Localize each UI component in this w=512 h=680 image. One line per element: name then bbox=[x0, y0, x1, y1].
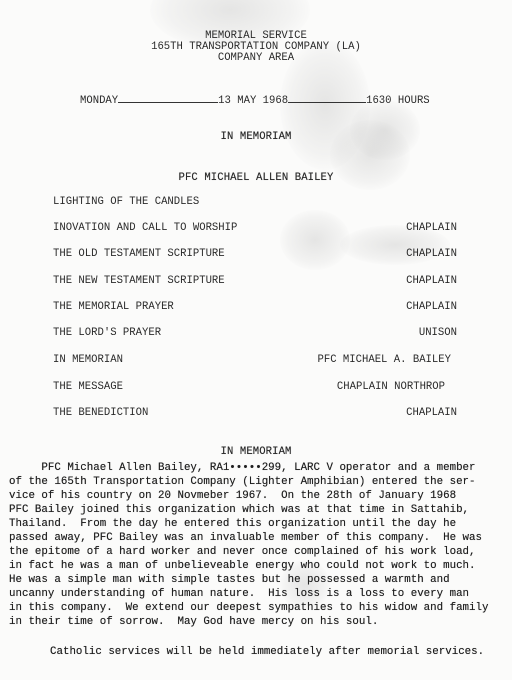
program-item: THE MESSAGE CHAPLAIN NORTHROP bbox=[53, 381, 457, 393]
program-item-title: THE NEW TESTAMENT SCRIPTURE bbox=[53, 275, 225, 287]
program-item-title: INOVATION AND CALL TO WORSHIP bbox=[53, 222, 237, 234]
tribute-heading: IN MEMORIAM bbox=[0, 446, 512, 458]
program-item-title: THE MESSAGE bbox=[53, 381, 123, 393]
program-item: THE OLD TESTAMENT SCRIPTURE CHAPLAIN bbox=[53, 248, 457, 260]
tribute-line: in their time of sorrow. May God have me… bbox=[9, 615, 489, 629]
tribute-line: vice of his country on 20 Novmeber 1967.… bbox=[9, 489, 489, 503]
program-item-officiant: CHAPLAIN bbox=[406, 275, 457, 287]
program-item: THE BENEDICTION CHAPLAIN bbox=[53, 407, 457, 419]
program-item-officiant: CHAPLAIN bbox=[406, 301, 457, 313]
tribute-line: He was a simple man with simple tastes b… bbox=[9, 573, 489, 587]
program-item-officiant: CHAPLAIN bbox=[406, 222, 457, 234]
schedule-day: MONDAY bbox=[80, 95, 118, 107]
program-item-officiant: CHAPLAIN bbox=[406, 248, 457, 260]
schedule-time: 1630 HOURS bbox=[366, 95, 430, 107]
program-item: THE MEMORIAL PRAYER CHAPLAIN bbox=[53, 301, 457, 313]
program-item-officiant: UNISON bbox=[419, 327, 457, 339]
tribute-line: the epitome of a hard worker and never o… bbox=[9, 545, 489, 559]
tribute-line: of the 165th Transportation Company (Lig… bbox=[9, 475, 489, 489]
tribute-line: uncanny understanding of human nature. H… bbox=[9, 587, 489, 601]
program-item-officiant: CHAPLAIN NORTHROP bbox=[337, 381, 457, 393]
tribute-line: passed away, PFC Bailey was an invaluabl… bbox=[9, 531, 489, 545]
header-location: COMPANY AREA bbox=[0, 52, 512, 64]
underline-rule bbox=[288, 92, 366, 103]
honoree-name: PFC MICHAEL ALLEN BAILEY bbox=[0, 172, 512, 184]
paper-stain bbox=[280, 210, 350, 270]
tribute-line: in fact he was a man of unbelieveable en… bbox=[9, 559, 489, 573]
tribute-line: PFC Michael Allen Bailey, RA1•••••299, L… bbox=[9, 461, 489, 475]
in-memoriam-heading: IN MEMORIAM bbox=[0, 131, 512, 143]
closing-note: Catholic services will be held immediate… bbox=[50, 645, 512, 659]
program-item-title: LIGHTING OF THE CANDLES bbox=[53, 196, 199, 208]
program-item-title: THE LORD'S PRAYER bbox=[53, 327, 161, 339]
program-item-title: IN MEMORIAN bbox=[53, 354, 123, 366]
program-item: THE NEW TESTAMENT SCRIPTURE CHAPLAIN bbox=[53, 275, 457, 287]
program-item: THE LORD'S PRAYER UNISON bbox=[53, 327, 457, 339]
program-item-title: THE OLD TESTAMENT SCRIPTURE bbox=[53, 248, 225, 260]
program-item: IN MEMORIAN PFC MICHAEL A. BAILEY bbox=[53, 354, 457, 366]
tribute-line: PFC Bailey joined this organization whic… bbox=[9, 503, 489, 517]
underline-rule bbox=[118, 92, 218, 103]
tribute-line: Thailand. From the day he entered this o… bbox=[9, 517, 489, 531]
program-item-title: THE BENEDICTION bbox=[53, 407, 148, 419]
schedule-row: MONDAY 13 MAY 1968 1630 HOURS bbox=[80, 92, 430, 107]
schedule-date: 13 MAY 1968 bbox=[218, 95, 288, 107]
program-item-officiant: CHAPLAIN bbox=[406, 407, 457, 419]
program-item-officiant: PFC MICHAEL A. BAILEY bbox=[317, 354, 457, 366]
program-item: LIGHTING OF THE CANDLES bbox=[53, 196, 457, 208]
tribute-line: in this company. We extend our deepest s… bbox=[9, 601, 489, 615]
paper-stain bbox=[350, 100, 420, 160]
program-item-title: THE MEMORIAL PRAYER bbox=[53, 301, 174, 313]
program-item: INOVATION AND CALL TO WORSHIP CHAPLAIN bbox=[53, 222, 457, 234]
